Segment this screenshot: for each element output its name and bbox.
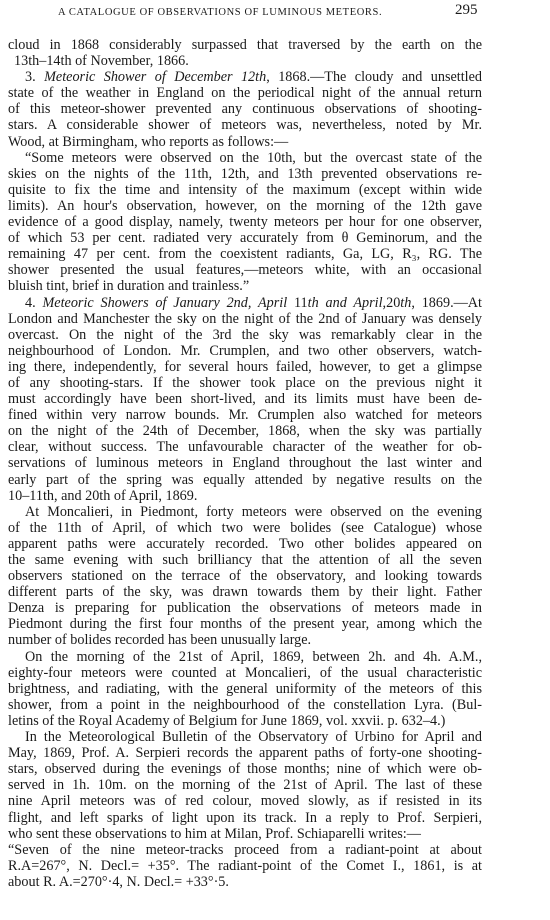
section-heading-3: 3. Meteoric Shower of December 12th, 186… — [8, 69, 482, 85]
text-line: 13th–14th of November, 1866. — [8, 53, 482, 69]
text-line: of the 11th of April, of which two were … — [8, 520, 482, 536]
body-text: cloud in 1868 considerably surpassed tha… — [8, 37, 482, 890]
text-line: served in 1h. 10m. on the morning of the… — [8, 777, 482, 793]
text-line: fined within very narrow bounds. Mr. Cru… — [8, 407, 482, 423]
text-line: of any shooting-stars. If the shower too… — [8, 375, 482, 391]
section-title-num: 20 — [386, 295, 400, 311]
text-line: remaining 47 per cent. from the coexiste… — [8, 246, 482, 262]
text-line: must accordingly have been short-lived, … — [8, 391, 482, 407]
text-line: evidence of a good display, namely, twen… — [8, 214, 482, 230]
section-title-c: th — [400, 295, 411, 311]
text-line: bluish tint, brief in duration and train… — [8, 278, 482, 294]
text-line: skies on the nights of the 11th, 12th, a… — [8, 166, 482, 182]
text-line: shower presented the usual features,—met… — [8, 262, 482, 278]
text-line: about R. A.=270°·4, N. Decl.= +33°·5. — [8, 874, 482, 890]
section-heading-4: 4. Meteoric Showers of January 2nd, Apri… — [8, 295, 482, 311]
text-line: stars, observed during the evenings of t… — [8, 761, 482, 777]
text-line: Wood, at Birmingham, who reports as foll… — [8, 134, 482, 150]
text-line: quisite to fix the time and intensity of… — [8, 182, 482, 198]
text-line: neighbourhood of London. Mr. Crumplen, a… — [8, 343, 482, 359]
text-line: stars. A considerable shower of meteors … — [8, 117, 482, 133]
running-title: A CATALOGUE OF OBSERVATIONS OF LUMINOUS … — [58, 7, 382, 18]
book-page: A CATALOGUE OF OBSERVATIONS OF LUMINOUS … — [0, 0, 550, 920]
text-line: On the morning of the 21st of April, 186… — [8, 649, 482, 665]
text-line: number of bolides recorded has been unus… — [8, 632, 482, 648]
text-line: limits). An hour's observation, however,… — [8, 198, 482, 214]
text-line: who sent these observations to him at Mi… — [8, 826, 482, 842]
text-line: state of the weather in England on the p… — [8, 85, 482, 101]
text-line: servations of luminous meteors in Englan… — [8, 455, 482, 471]
text-line: flight, and left sparks of light upon it… — [8, 810, 482, 826]
text-line: the same evening with such brilliancy th… — [8, 552, 482, 568]
text-line: cloud in 1868 considerably surpassed tha… — [8, 37, 482, 53]
text-line: different parts of the sky, was drawn to… — [8, 584, 482, 600]
text-line: At Moncalieri, in Piedmont, forty meteor… — [8, 504, 482, 520]
text-line: apparent paths were accurately recorded.… — [8, 536, 482, 552]
text-line: “Some meteors were observed on the 10th,… — [8, 150, 482, 166]
text-line: on the night of the 24th of December, 18… — [8, 423, 482, 439]
text-line: early part of the spring was equally att… — [8, 472, 482, 488]
section-title-a: Meteoric Showers of January 2nd, April — [42, 295, 294, 311]
text-line: 10–11th, and 20th of April, 1869. — [8, 488, 482, 504]
text-line: nine April meteors was of red colour, mo… — [8, 793, 482, 809]
text-line: “Seven of the nine meteor-tracks proceed… — [8, 842, 482, 858]
text-line: clear, without success. The unfavourable… — [8, 439, 482, 455]
text-line: of which 53 per cent. radiated very accu… — [8, 230, 482, 246]
text-line: R.A=267°, N. Decl.= +35°. The radiant-po… — [8, 858, 482, 874]
page-number: 295 — [455, 2, 478, 19]
text-line: letins of the Royal Academy of Belgium f… — [8, 713, 482, 729]
text-line: shower, from a point in the neighbourhoo… — [8, 697, 482, 713]
text-line: observers stationed on the terrace of th… — [8, 568, 482, 584]
text-line: London and Manchester the sky on the nig… — [8, 311, 482, 327]
text-line: Piedmont during the first four months of… — [8, 616, 482, 632]
section-number: 3. — [25, 69, 36, 85]
running-head: A CATALOGUE OF OBSERVATIONS OF LUMINOUS … — [58, 5, 490, 23]
text-line: In the Meteorological Bulletin of the Ob… — [8, 729, 482, 745]
text-line: eighty-four meteors were counted at Monc… — [8, 665, 482, 681]
text-line: ing there, independently, for several ho… — [8, 359, 482, 375]
section-title-num: 11 — [294, 295, 308, 311]
text-line: May, 1869, Prof. A. Serpieri records the… — [8, 745, 482, 761]
text-line: overcast. On the night of the 3rd the sk… — [8, 327, 482, 343]
section-number: 4. — [25, 295, 36, 311]
section-title-tail: , 1868.—The cloudy and unsettled — [266, 69, 482, 85]
section-title: Meteoric Shower of December 12th — [44, 69, 266, 85]
section-title-b: th and April, — [308, 295, 386, 311]
section-title-tail: , 1869.—At — [411, 295, 482, 311]
text-line: brightness, and radiating, with the gene… — [8, 681, 482, 697]
text-line: of this meteor-shower prevented any cont… — [8, 101, 482, 117]
text-line: Denza is preparing for publication the o… — [8, 600, 482, 616]
